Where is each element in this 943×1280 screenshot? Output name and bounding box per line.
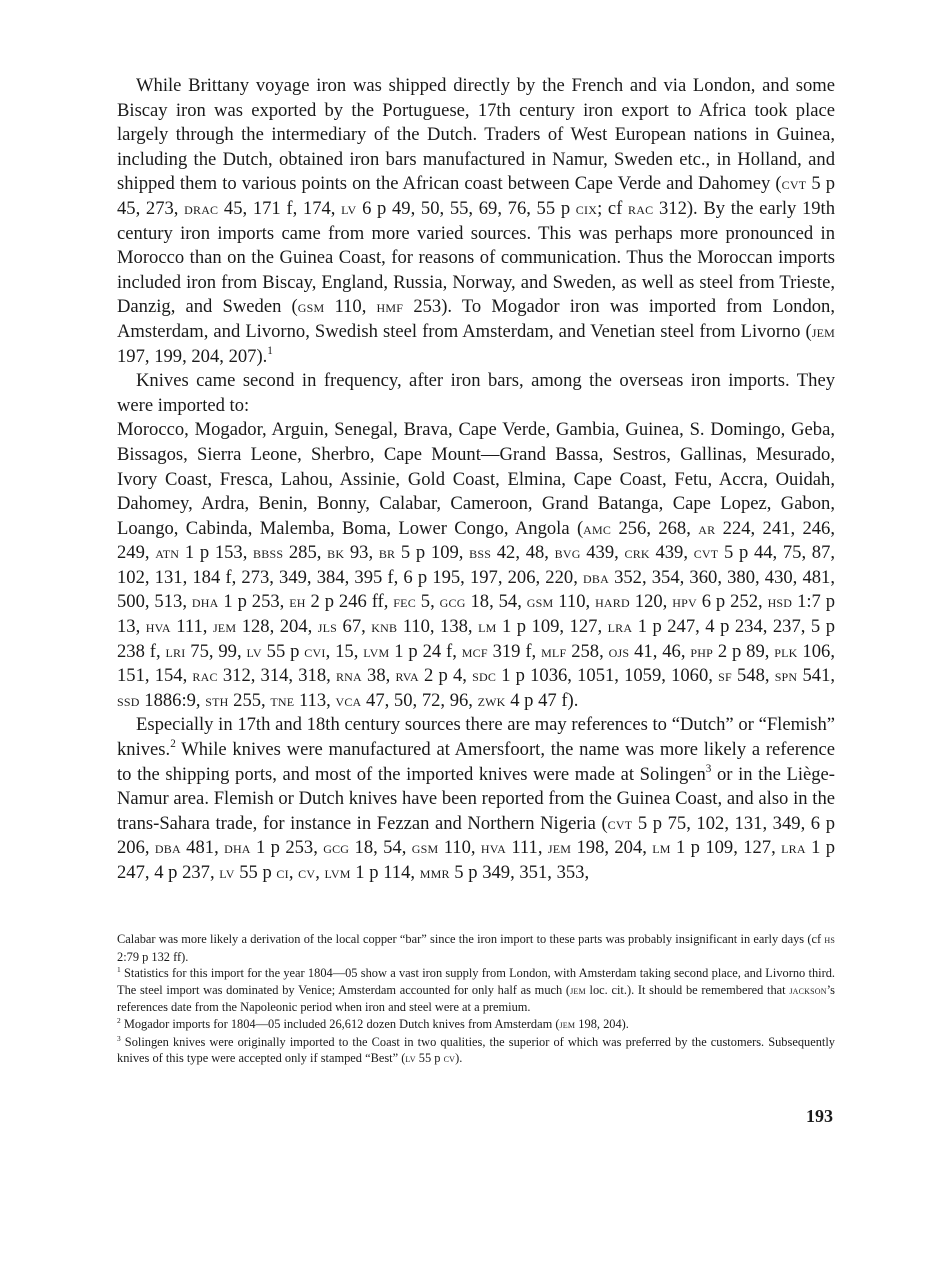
- source-abbreviation: STH: [205, 691, 228, 710]
- source-abbreviation: GSM: [527, 592, 554, 611]
- source-abbreviation: LRA: [608, 617, 633, 636]
- source-abbreviation: TNE: [270, 691, 294, 710]
- source-abbreviation: HSD: [768, 592, 793, 611]
- source-abbreviation: SDC: [472, 666, 496, 685]
- source-abbreviation: LVM: [363, 642, 389, 661]
- source-abbreviation: DHA: [192, 592, 219, 611]
- source-abbreviation: LM: [652, 838, 670, 857]
- footnote: 2 Mogador imports for 1804—05 included 2…: [117, 1016, 835, 1034]
- source-abbreviation: MCF: [462, 642, 488, 661]
- source-abbreviation: GSM: [412, 838, 439, 857]
- source-abbreviation: HVA: [481, 838, 506, 857]
- source-abbreviation: HPV: [672, 592, 697, 611]
- source-abbreviation: BVG: [555, 543, 581, 562]
- source-abbreviation: CVI: [304, 642, 325, 661]
- source-abbreviation: LV: [219, 863, 234, 882]
- footnotes: Calabar was more likely a derivation of …: [117, 931, 835, 1068]
- source-abbreviation: LRI: [165, 642, 185, 661]
- paragraph: Especially in 17th and 18th century sour…: [117, 713, 835, 885]
- source-abbreviation: EH: [289, 592, 305, 611]
- footnote-marker: 3: [117, 1033, 121, 1042]
- footnote: 1 Statistics for this import for the yea…: [117, 965, 835, 1016]
- source-abbreviation: RAC: [628, 199, 653, 218]
- source-abbreviation: GSM: [298, 297, 325, 316]
- source-abbreviation: BR: [379, 543, 395, 562]
- footnote-marker: 2: [117, 1016, 121, 1025]
- source-abbreviation: JEM: [570, 985, 586, 997]
- source-abbreviation: GCG: [440, 592, 466, 611]
- footnote-marker: 2: [170, 738, 176, 750]
- source-abbreviation: RAC: [192, 666, 217, 685]
- source-abbreviation: JEM: [548, 838, 571, 857]
- source-abbreviation: HARD: [595, 592, 630, 611]
- page-body: While Brittany voyage iron was shipped d…: [117, 74, 835, 886]
- page-number: 193: [806, 1106, 833, 1127]
- source-abbreviation: HMF: [377, 297, 404, 316]
- source-abbreviation: CIX: [576, 199, 597, 218]
- source-abbreviation: LV: [247, 642, 262, 661]
- source-abbreviation: GCG: [323, 838, 349, 857]
- source-abbreviation: CRK: [624, 543, 649, 562]
- main-text: While Brittany voyage iron was shipped d…: [117, 74, 835, 886]
- source-abbreviation: JEM: [213, 617, 236, 636]
- source-abbreviation: ZWK: [478, 691, 506, 710]
- source-abbreviation: MLF: [541, 642, 566, 661]
- source-abbreviation: BSS: [469, 543, 491, 562]
- source-abbreviation: DHA: [224, 838, 251, 857]
- source-abbreviation: BBSS: [253, 543, 283, 562]
- source-abbreviation: ATN: [155, 543, 179, 562]
- source-abbreviation: MMR: [420, 863, 450, 882]
- source-abbreviation: AMC: [583, 519, 611, 538]
- source-abbreviation: LV: [405, 1053, 415, 1065]
- source-abbreviation: OJS: [609, 642, 630, 661]
- source-abbreviation: LV: [341, 199, 356, 218]
- source-abbreviation: FEC: [393, 592, 416, 611]
- source-abbreviation: CV: [298, 863, 315, 882]
- source-abbreviation: AR: [698, 519, 715, 538]
- source-abbreviation: PLK: [774, 642, 797, 661]
- source-abbreviation: LRA: [781, 838, 806, 857]
- source-abbreviation: DBA: [155, 838, 181, 857]
- source-abbreviation: CI: [276, 863, 288, 882]
- source-abbreviation: CVT: [782, 174, 807, 193]
- paragraph: While Brittany voyage iron was shipped d…: [117, 74, 835, 369]
- footnote-marker: 1: [267, 345, 273, 357]
- source-abbreviation: VCA: [335, 691, 361, 710]
- footnote: Calabar was more likely a derivation of …: [117, 931, 835, 965]
- source-abbreviation: DBA: [583, 568, 609, 587]
- source-abbreviation: BK: [327, 543, 344, 562]
- source-abbreviation: JLS: [318, 617, 337, 636]
- source-abbreviation: JEM: [559, 1019, 575, 1031]
- source-abbreviation: CVT: [608, 814, 633, 833]
- source-abbreviation: KNB: [371, 617, 397, 636]
- source-abbreviation: JEM: [812, 322, 835, 341]
- source-abbreviation: CVT: [694, 543, 719, 562]
- source-abbreviation: LM: [478, 617, 496, 636]
- source-abbreviation: JACKSON: [789, 985, 826, 997]
- footnote-marker: 1: [117, 965, 121, 974]
- footnote-marker: 3: [706, 763, 712, 775]
- footnote: 3 Solingen knives were originally import…: [117, 1034, 835, 1068]
- source-abbreviation: RNA: [336, 666, 362, 685]
- source-abbreviation: PHP: [690, 642, 713, 661]
- source-abbreviation: LVM: [324, 863, 350, 882]
- source-abbreviation: RVA: [395, 666, 418, 685]
- source-abbreviation: HVA: [146, 617, 171, 636]
- source-abbreviation: DRAC: [184, 199, 218, 218]
- source-abbreviation: SSD: [117, 691, 140, 710]
- paragraph: Knives came second in frequency, after i…: [117, 369, 835, 418]
- source-abbreviation: CV: [444, 1053, 456, 1065]
- paragraph: Morocco, Mogador, Arguin, Senegal, Brava…: [117, 418, 835, 713]
- source-abbreviation: SF: [718, 666, 732, 685]
- source-abbreviation: SPN: [775, 666, 798, 685]
- source-abbreviation: HS: [824, 934, 835, 946]
